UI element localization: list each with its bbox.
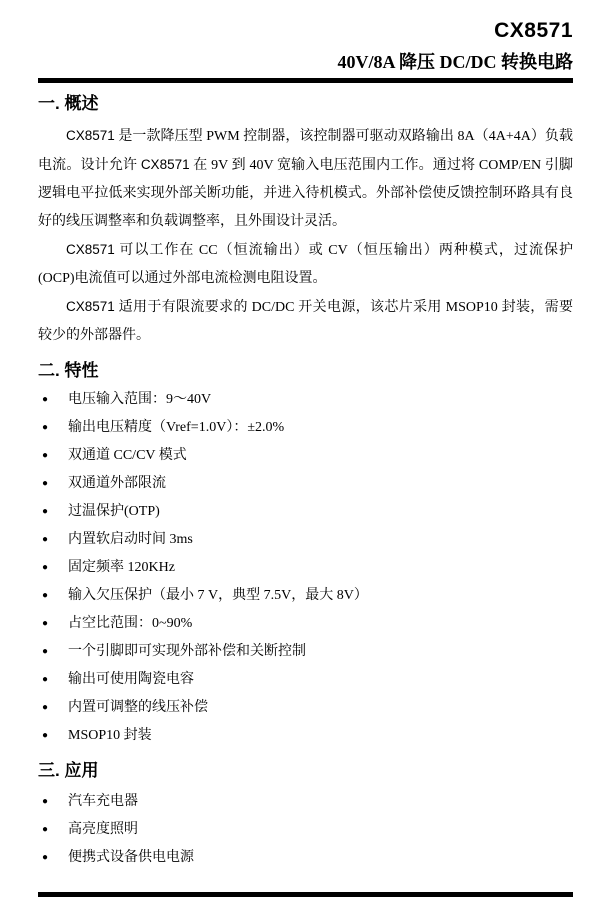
bullet-icon: ● [42, 442, 48, 470]
feature-text: 输出电压精度（Vref=1.0V）：±2.0% [68, 420, 284, 435]
overview-paragraph: CX8571 适用于有限流要求的 DC/DC 开关电源，该芯片采用 MSOP10… [38, 293, 573, 350]
feature-text: 双通道外部限流 [68, 476, 166, 491]
list-item: ●占空比范围：0~90% [38, 610, 573, 638]
feature-text: 内置可调整的线压补偿 [68, 700, 208, 715]
list-item: ●过温保护(OTP) [38, 498, 573, 526]
doc-subtitle: 40V/8A 降压 DC/DC 转换电路 [38, 50, 573, 74]
bullet-icon: ● [42, 498, 48, 526]
bullet-icon: ● [42, 666, 48, 694]
bullet-icon: ● [42, 526, 48, 554]
list-item: ●MSOP10 封装 [38, 722, 573, 750]
feature-text: 固定频率 120KHz [68, 560, 175, 575]
bullet-icon: ● [42, 582, 48, 610]
bullet-icon: ● [42, 788, 48, 816]
list-item: ●输出电压精度（Vref=1.0V）：±2.0% [38, 414, 573, 442]
list-item: ●双通道外部限流 [38, 470, 573, 498]
footer-divider [38, 892, 573, 897]
header-divider [38, 78, 573, 83]
bullet-icon: ● [42, 610, 48, 638]
applications-list: ●汽车充电器 ●高亮度照明 ●便携式设备供电电源 [38, 788, 573, 872]
list-item: ●固定频率 120KHz [38, 554, 573, 582]
application-text: 便携式设备供电电源 [68, 850, 194, 865]
list-item: ●内置可调整的线压补偿 [38, 694, 573, 722]
feature-text: 一个引脚即可实现外部补偿和关断控制 [68, 644, 306, 659]
feature-text: 输入欠压保护（最小 7 V，典型 7.5V，最大 8V） [68, 588, 368, 603]
bullet-icon: ● [42, 638, 48, 666]
bullet-icon: ● [42, 414, 48, 442]
bullet-icon: ● [42, 470, 48, 498]
features-list: ●电压输入范围：9～40V ●输出电压精度（Vref=1.0V）：±2.0% ●… [38, 386, 573, 750]
list-item: ●双通道 CC/CV 模式 [38, 442, 573, 470]
feature-text: 内置软启动时间 3ms [68, 532, 193, 547]
datasheet-page: CX8571 40V/8A 降压 DC/DC 转换电路 一. 概述 CX8571… [0, 0, 601, 899]
list-item: ●电压输入范围：9～40V [38, 386, 573, 414]
feature-text: 电压输入范围：9～40V [68, 392, 211, 407]
bullet-icon: ● [42, 386, 48, 414]
overview-paragraph: CX8571 是一款降压型 PWM 控制器，该控制器可驱动双路输出 8A（4A+… [38, 122, 573, 236]
bullet-icon: ● [42, 694, 48, 722]
section-heading-features: 二. 特性 [38, 360, 573, 382]
section-heading-applications: 三. 应用 [38, 760, 573, 782]
list-item: ●便携式设备供电电源 [38, 844, 573, 872]
bullet-icon: ● [42, 554, 48, 582]
section-heading-overview: 一. 概述 [38, 93, 573, 115]
list-item: ●汽车充电器 [38, 788, 573, 816]
bullet-icon: ● [42, 722, 48, 750]
list-item: ●内置软启动时间 3ms [38, 526, 573, 554]
list-item: ●输入欠压保护（最小 7 V，典型 7.5V，最大 8V） [38, 582, 573, 610]
overview-body: CX8571 是一款降压型 PWM 控制器，该控制器可驱动双路输出 8A（4A+… [38, 122, 573, 350]
application-text: 高亮度照明 [68, 822, 138, 837]
feature-text: 双通道 CC/CV 模式 [68, 448, 187, 463]
feature-text: 过温保护(OTP) [68, 504, 160, 519]
list-item: ●高亮度照明 [38, 816, 573, 844]
list-item: ●一个引脚即可实现外部补偿和关断控制 [38, 638, 573, 666]
part-number-title: CX8571 [38, 20, 573, 42]
application-text: 汽车充电器 [68, 794, 138, 809]
overview-paragraph: CX8571 可以工作在 CC（恒流输出）或 CV（恒压输出）两种模式，过流保护… [38, 236, 573, 293]
feature-text: MSOP10 封装 [68, 728, 152, 743]
bullet-icon: ● [42, 816, 48, 844]
bullet-icon: ● [42, 844, 48, 872]
list-item: ●输出可使用陶瓷电容 [38, 666, 573, 694]
feature-text: 输出可使用陶瓷电容 [68, 672, 194, 687]
feature-text: 占空比范围：0~90% [68, 616, 192, 631]
